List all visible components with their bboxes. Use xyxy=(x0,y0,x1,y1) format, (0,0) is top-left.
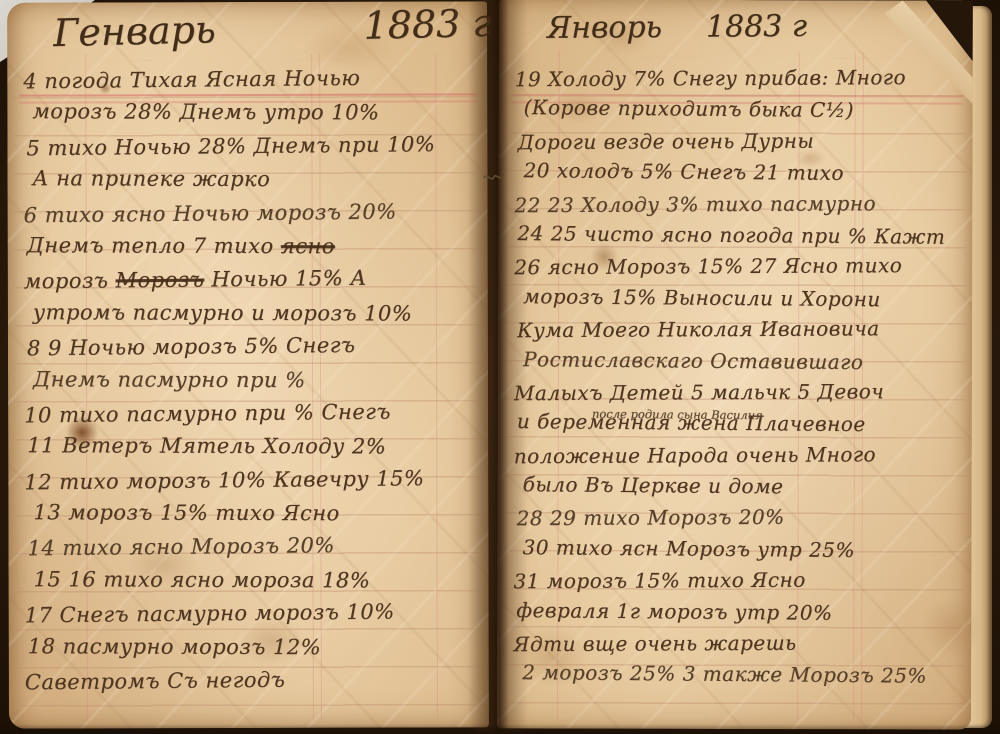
diary-line: Ядти вще очень жарешь xyxy=(513,628,967,662)
diary-line: 5 тихо Ночью 28% Днемъ при 10% xyxy=(23,128,483,166)
diary-line: Днемъ пасмурно при % xyxy=(24,364,484,399)
diary-line: (Корове приходитъ быка С½) xyxy=(515,93,969,128)
right-page-text: 19 Холоду 7% Снегу прибав: Много(Корове … xyxy=(513,63,969,692)
diary-line: морозъ 15% Выносили и Хорони xyxy=(514,282,968,317)
diary-line: 6 тихо ясно Ночью морозъ 20% xyxy=(23,195,483,233)
diary-word: Ночью 15% А xyxy=(204,266,367,292)
right-month-title: Янворь xyxy=(547,10,662,46)
diary-line: 13 морозъ 15% тихо Ясно xyxy=(24,497,484,532)
diary-line: 22 23 Холоду 3% тихо пасмурно xyxy=(514,188,968,222)
diary-line: морозъ Морозъ Ночью 15% А xyxy=(24,262,484,300)
diary-line: 11 Ветеръ Мятель Холоду 2% xyxy=(24,430,484,465)
struck-word: Морозъ xyxy=(115,268,204,293)
binding-stitch-icon xyxy=(482,170,502,186)
left-page-text: 4 погода Тихая Ясная Ночьюморозъ 28% Дне… xyxy=(23,63,485,699)
diary-line: 18 пасмурно морозъ 12% xyxy=(25,631,485,666)
diary-line: 10 тихо пасмурно при % Снегъ xyxy=(24,395,484,433)
left-page: Генварь 1883 г 4 погода Тихая Ясная Ночь… xyxy=(7,1,489,728)
diary-line: Саветромъ Съ негодъ xyxy=(25,663,485,701)
diary-line: Дороги везде очень Дурны xyxy=(515,126,969,160)
diary-word: морозъ xyxy=(24,269,116,294)
diary-line: 17 Снегъ пасмурно морозъ 10% xyxy=(24,596,484,634)
diary-line: 4 погода Тихая Ясная Ночью xyxy=(23,62,483,100)
diary-line: 15 16 тихо ясно мороза 18% xyxy=(25,564,485,599)
diary-line: 8 9 Ночью морозъ 5% Снегъ xyxy=(24,329,484,367)
left-month-title: Генварь xyxy=(53,7,216,55)
diary-line: 14 тихо ясно Морозъ 20% xyxy=(24,529,484,567)
diary-line: 19 Холоду 7% Снегу прибав: Много xyxy=(515,63,969,97)
diary-photo: Генварь 1883 г 4 погода Тихая Ясная Ночь… xyxy=(0,0,1000,734)
diary-line: Днемъ тепло 7 тихо ясно xyxy=(24,230,484,265)
diary-line: утромъ пасмурно и морозъ 10% xyxy=(24,297,484,332)
diary-line: морозъ 28% Днемъ утро 10% xyxy=(23,97,483,132)
diary-line: 12 тихо морозъ 10% Кавечру 15% xyxy=(24,462,484,500)
diary-line: А на припеке жарко xyxy=(23,163,483,198)
diary-line: 31 морозъ 15% тихо Ясно xyxy=(513,565,967,599)
diary-line: февраля 1г морозъ утр 20% xyxy=(513,596,967,631)
left-page-header: Генварь 1883 г xyxy=(53,1,492,55)
diary-line: Ростиславскаго Оставившаго xyxy=(514,345,968,380)
struck-word: ясно xyxy=(281,234,335,258)
diary-line: 28 29 тихо Морозъ 20% xyxy=(514,502,968,536)
right-page-header: Янворь 1883 г xyxy=(547,9,807,46)
diary-line: было Въ Церкве и доме xyxy=(514,470,968,505)
right-year: 1883 г xyxy=(706,9,807,45)
diary-line: 24 25 чисто ясно погода при % Кажт xyxy=(514,219,968,254)
diary-line: положение Народа очень Много xyxy=(514,440,968,474)
diary-line: 20 холодъ 5% Снегъ 21 тихо xyxy=(514,156,968,191)
diary-line: и беременная жена Плачевноепосле родила … xyxy=(514,407,968,442)
diary-line: 26 ясно Морозъ 15% 27 Ясно тихо xyxy=(514,251,968,285)
diary-word: Днемъ тепло 7 тихо xyxy=(27,233,281,258)
right-page: Янворь 1883 г 19 Холоду 7% Снегу прибав:… xyxy=(497,0,973,730)
left-year: 1883 г xyxy=(363,1,492,48)
diary-line: 2 морозъ 25% 3 также Морозъ 25% xyxy=(513,658,967,693)
diary-line: Кума Моего Николая Ивановича xyxy=(514,314,968,348)
interlinear-note: после родила сына Василия xyxy=(592,400,763,430)
diary-line: 30 тихо ясн Морозъ утр 25% xyxy=(513,533,967,568)
